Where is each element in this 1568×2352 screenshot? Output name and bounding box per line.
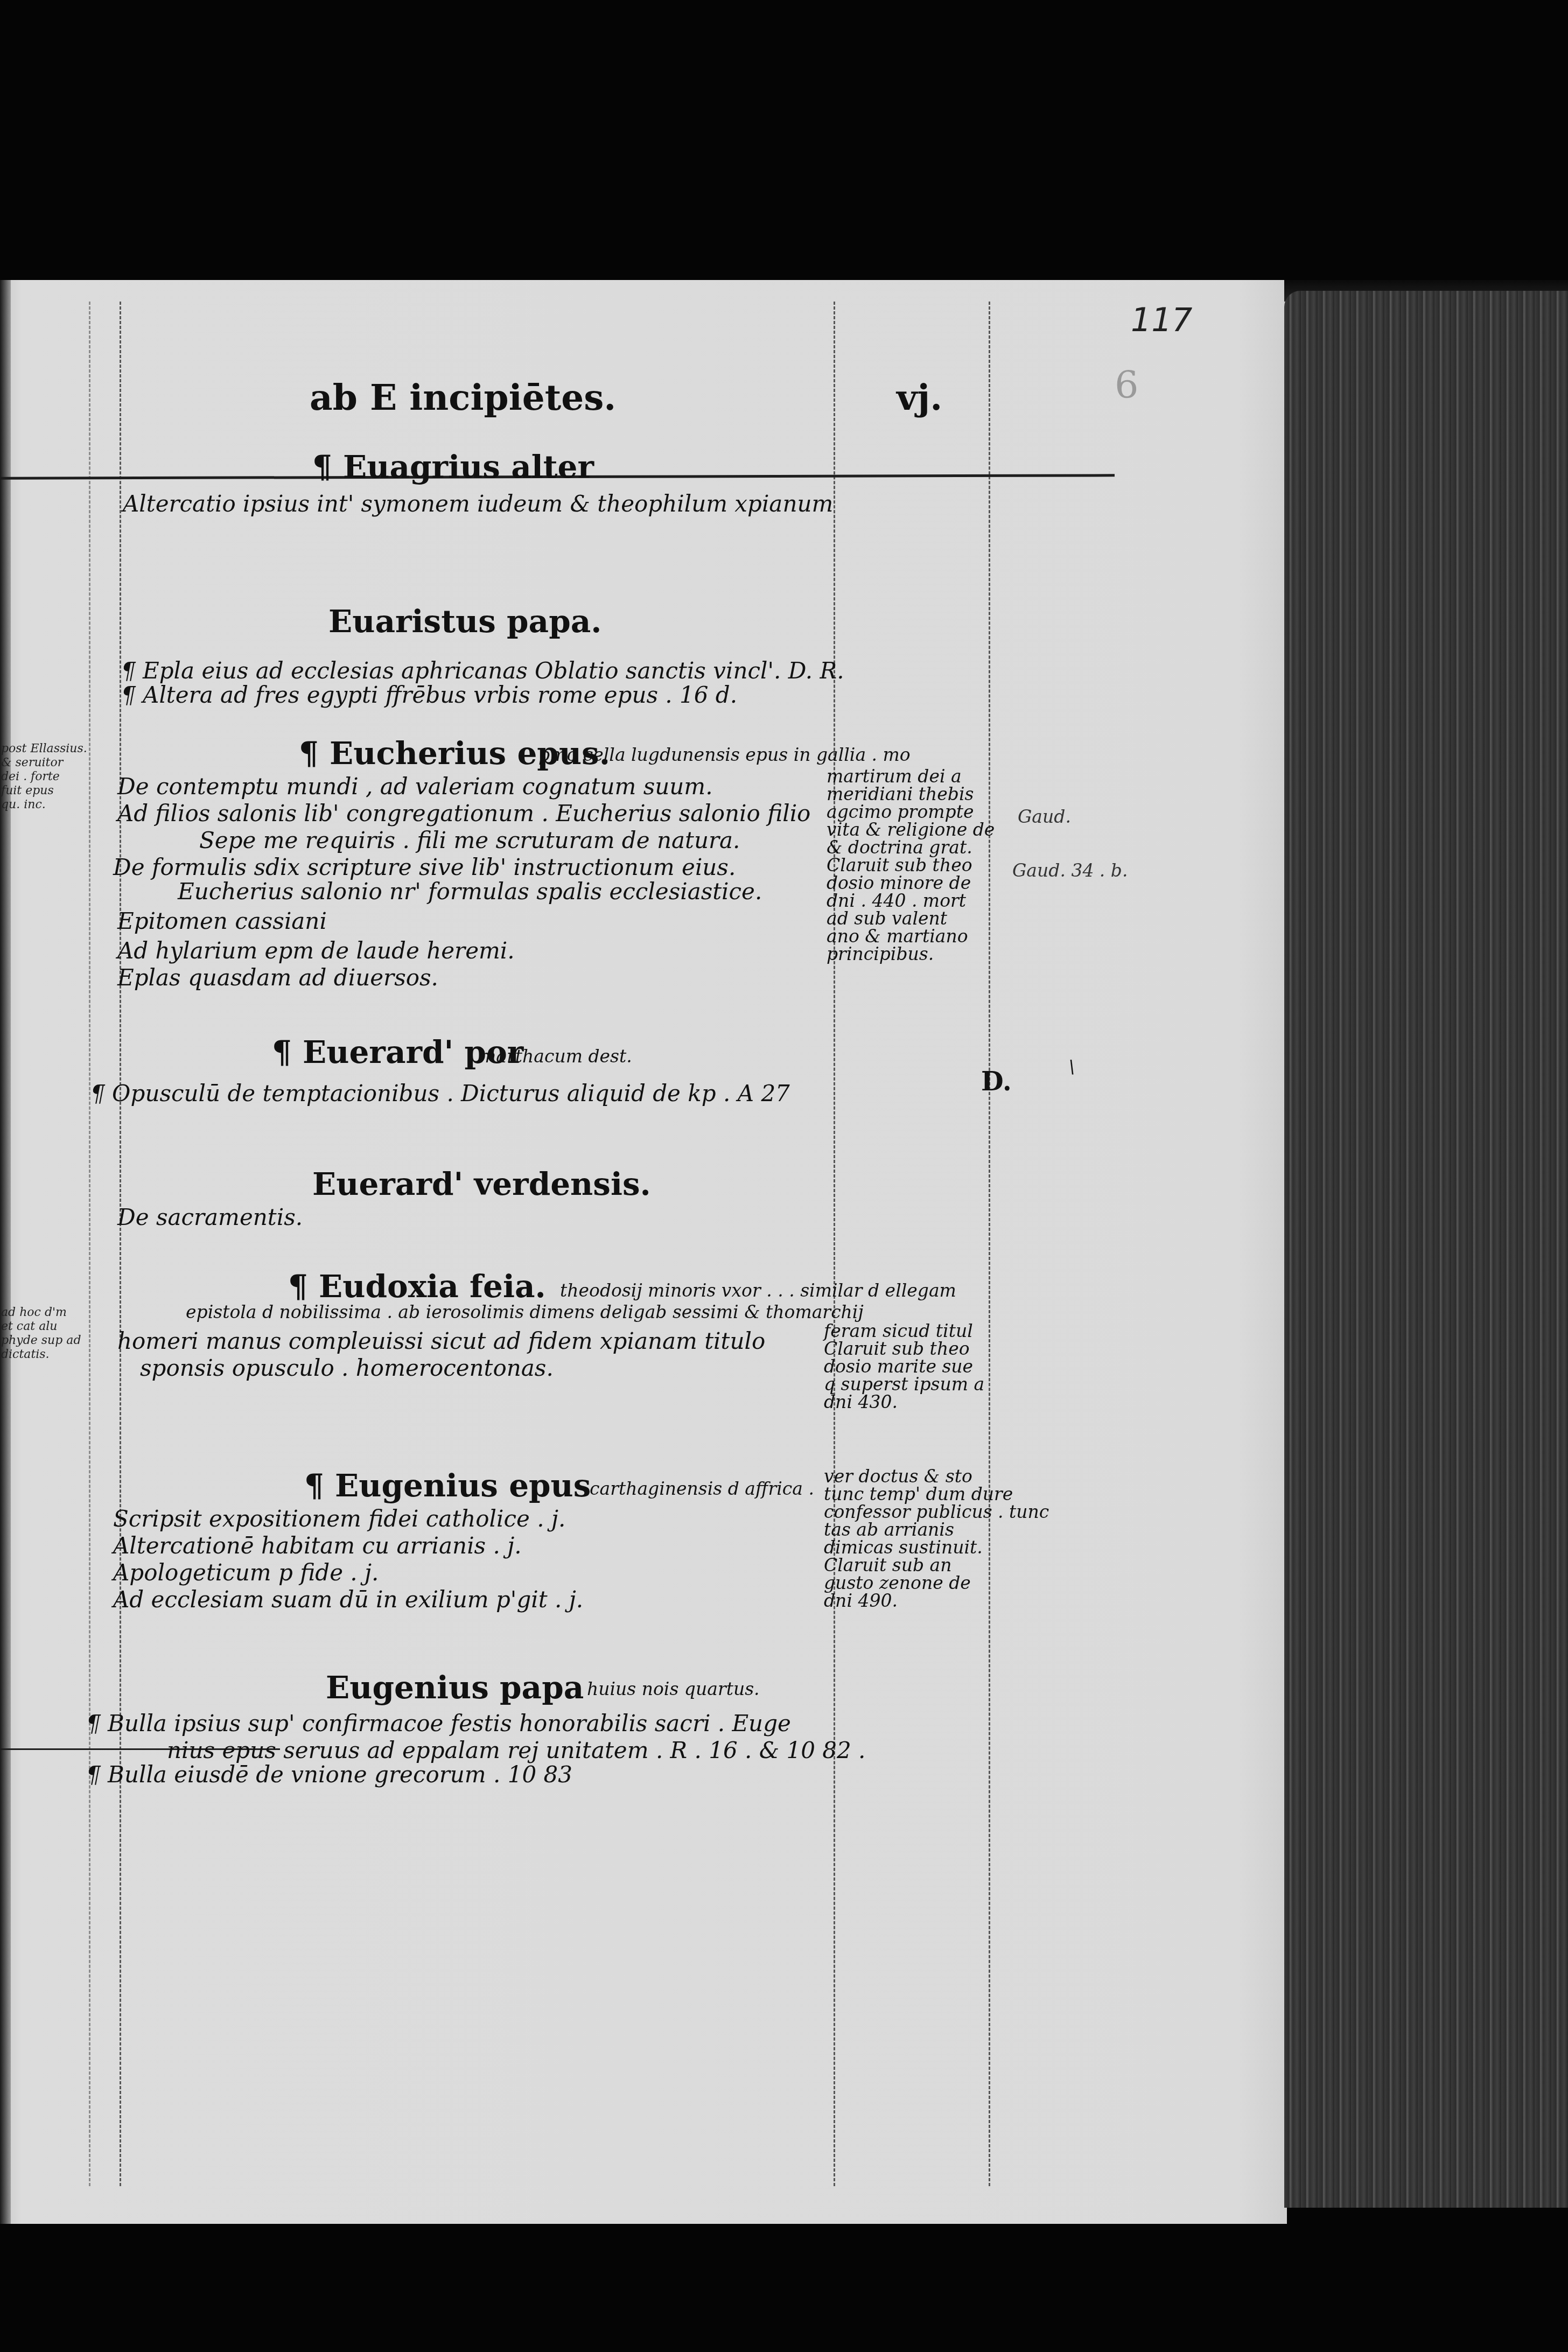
outer-margin-mark: \ [1069, 1058, 1075, 1076]
entry-line: De formulis sdix scripture sive lib' ins… [113, 856, 736, 879]
entry-heading: Euaristus papa. [328, 606, 601, 637]
outer-margin-note: Gaud. 34 . b. [1012, 862, 1128, 879]
side-note-line: vita & religione de [827, 821, 995, 838]
side-note-line: Claruit sub theo [824, 1340, 984, 1357]
side-note-line: q superst ipsum a [824, 1375, 984, 1393]
side-note-line: meridiani thebis [827, 785, 995, 803]
margin-note-line: dei . forte [1, 770, 87, 784]
outer-margin-note: D. [981, 1069, 1012, 1095]
side-note-line: Claruit sub theo [827, 856, 995, 874]
entry-line: ¶ Bulla ipsius sup' confirmacoe festis h… [86, 1712, 791, 1735]
entry-heading-note: marthacum dest. [479, 1047, 632, 1065]
side-note-line: principibus. [827, 945, 995, 963]
side-note-line: ver doctus & sto [824, 1467, 1049, 1485]
side-note-line: dni . 440 . mort [827, 892, 995, 909]
margin-note-line: phyde sup ad [1, 1334, 81, 1348]
entry-line: ¶ Epla eius ad ecclesias aphricanas Obla… [121, 660, 844, 682]
outer-margin-note: Gaud. [1018, 808, 1071, 825]
left-margin-note: post Ellassius. & seruitor dei . forte f… [1, 742, 87, 812]
pencil-mark: 6 [1115, 366, 1139, 404]
entry-line: Eplas quasdam ad diuersos. [117, 967, 438, 989]
gathering-mark: vj. [897, 380, 942, 415]
entry-line: Ad ecclesiam suam dū in exilium p'git . … [113, 1588, 583, 1611]
entry-line: De sacramentis. [117, 1206, 303, 1229]
entry-heading-note: pmo cella lugdunensis epus in gallia . m… [538, 746, 911, 764]
running-head: ab E incipiētes. [310, 380, 616, 415]
side-note-line: gusto zenone de [824, 1574, 1049, 1592]
side-note-line: tunc temp' dum dure [824, 1485, 1049, 1503]
side-note-line: agcimo prompte [827, 803, 995, 821]
entry-line: nius epus seruus ad eppalam rej unitatem… [167, 1739, 865, 1762]
entry-line: sponsis opusculo . homerocentonas. [140, 1357, 554, 1380]
side-note-column: ver doctus & sto tunc temp' dum dure con… [824, 1467, 1049, 1609]
side-note-line: feram sicud titul [824, 1322, 984, 1340]
entry-line: ¶ Opusculū de temptacionibus . Dicturus … [90, 1082, 790, 1105]
entry-line: epistola d nobilissima . ab ierosolimis … [186, 1303, 864, 1321]
ruling-left-outer [89, 302, 90, 2186]
margin-note-line: qu. inc. [1, 798, 87, 812]
side-note-line: martirum dei a [827, 767, 995, 785]
margin-note-line: ad hoc d'm [1, 1306, 81, 1320]
entry-line: Sepe me requiris . fili me scruturam de … [199, 829, 740, 852]
side-note-line: tas ab arrianis [824, 1521, 1049, 1538]
side-note-line: & doctrina grat. [827, 838, 995, 856]
entry-heading-note: theodosij minoris vxor . . . similar d e… [560, 1282, 956, 1299]
side-note-line: dni 490. [824, 1592, 1049, 1609]
margin-note-line: et cat alu [1, 1320, 81, 1334]
side-note-line: ano & martiano [827, 927, 995, 945]
manuscript-page [0, 280, 1287, 2224]
ruling-left-text [120, 302, 121, 2186]
margin-note-line: & seruitor [1, 756, 87, 770]
entry-heading-note: huius nois quartus. [587, 1680, 760, 1698]
entry-heading: ¶ Eudoxia feia. [288, 1271, 546, 1302]
left-margin-note: ad hoc d'm et cat alu phyde sup ad dicta… [1, 1306, 81, 1362]
gutter-shadow [0, 280, 11, 2224]
margin-note-line: fuit epus [1, 784, 87, 798]
entry-line: ¶ Bulla eiusdē de vnione grecorum . 10 8… [86, 1763, 572, 1786]
side-note-line: ad sub valent [827, 909, 995, 927]
side-note-column: martirum dei a meridiani thebis agcimo p… [827, 767, 995, 963]
side-note-line: Claruit sub an [824, 1556, 1049, 1574]
margin-note-line: dictatis. [1, 1348, 81, 1362]
entry-heading: ¶ Euagrius alter [312, 451, 594, 482]
side-note-line: dimicas sustinuit. [824, 1538, 1049, 1556]
side-note-line: dni 430. [824, 1393, 984, 1411]
entry-line: Epitomen cassiani [117, 910, 327, 933]
margin-note-line: post Ellassius. [1, 742, 87, 756]
side-note-column: feram sicud titul Claruit sub theo dosio… [824, 1322, 984, 1411]
entry-line: Altercatio ipsius int' symonem iudeum & … [123, 493, 833, 515]
entry-heading: Eugenius papa [326, 1672, 584, 1703]
entry-line: Altercationē habitam cu arrianis . j. [113, 1535, 522, 1557]
side-note-line: dosio minore de [827, 874, 995, 892]
folio-number: 117 [1131, 304, 1193, 337]
ruling-right-text [834, 302, 835, 2186]
entry-line: Scripsit expositionem fidei catholice . … [113, 1508, 565, 1530]
entry-line: Eucherius salonio nr' formulas spalis ec… [178, 880, 762, 903]
entry-line: Apologeticum p fide . j. [113, 1562, 379, 1584]
ruling-note-column [989, 302, 990, 2186]
entry-line: Ad hylarium epm de laude heremi. [117, 940, 515, 962]
entry-line: Ad filios salonis lib' congregationum . … [117, 802, 810, 825]
side-note-line: dosio marite sue [824, 1357, 984, 1375]
entry-line: homeri manus compleuissi sicut ad fidem … [117, 1330, 765, 1353]
entry-heading: ¶ Eugenius epus [304, 1470, 591, 1501]
entry-heading-note: carthaginensis d affrica . [590, 1480, 814, 1497]
side-note-line: confessor publicus . tunc [824, 1503, 1049, 1521]
entry-heading: Euerard' verdensis. [312, 1168, 651, 1200]
entry-line: ¶ Altera ad fres egypti ffrēbus vrbis ro… [121, 684, 737, 706]
entry-line: De contemptu mundi , ad valeriam cognatu… [117, 775, 713, 798]
book-fore-edge [1284, 291, 1568, 2208]
